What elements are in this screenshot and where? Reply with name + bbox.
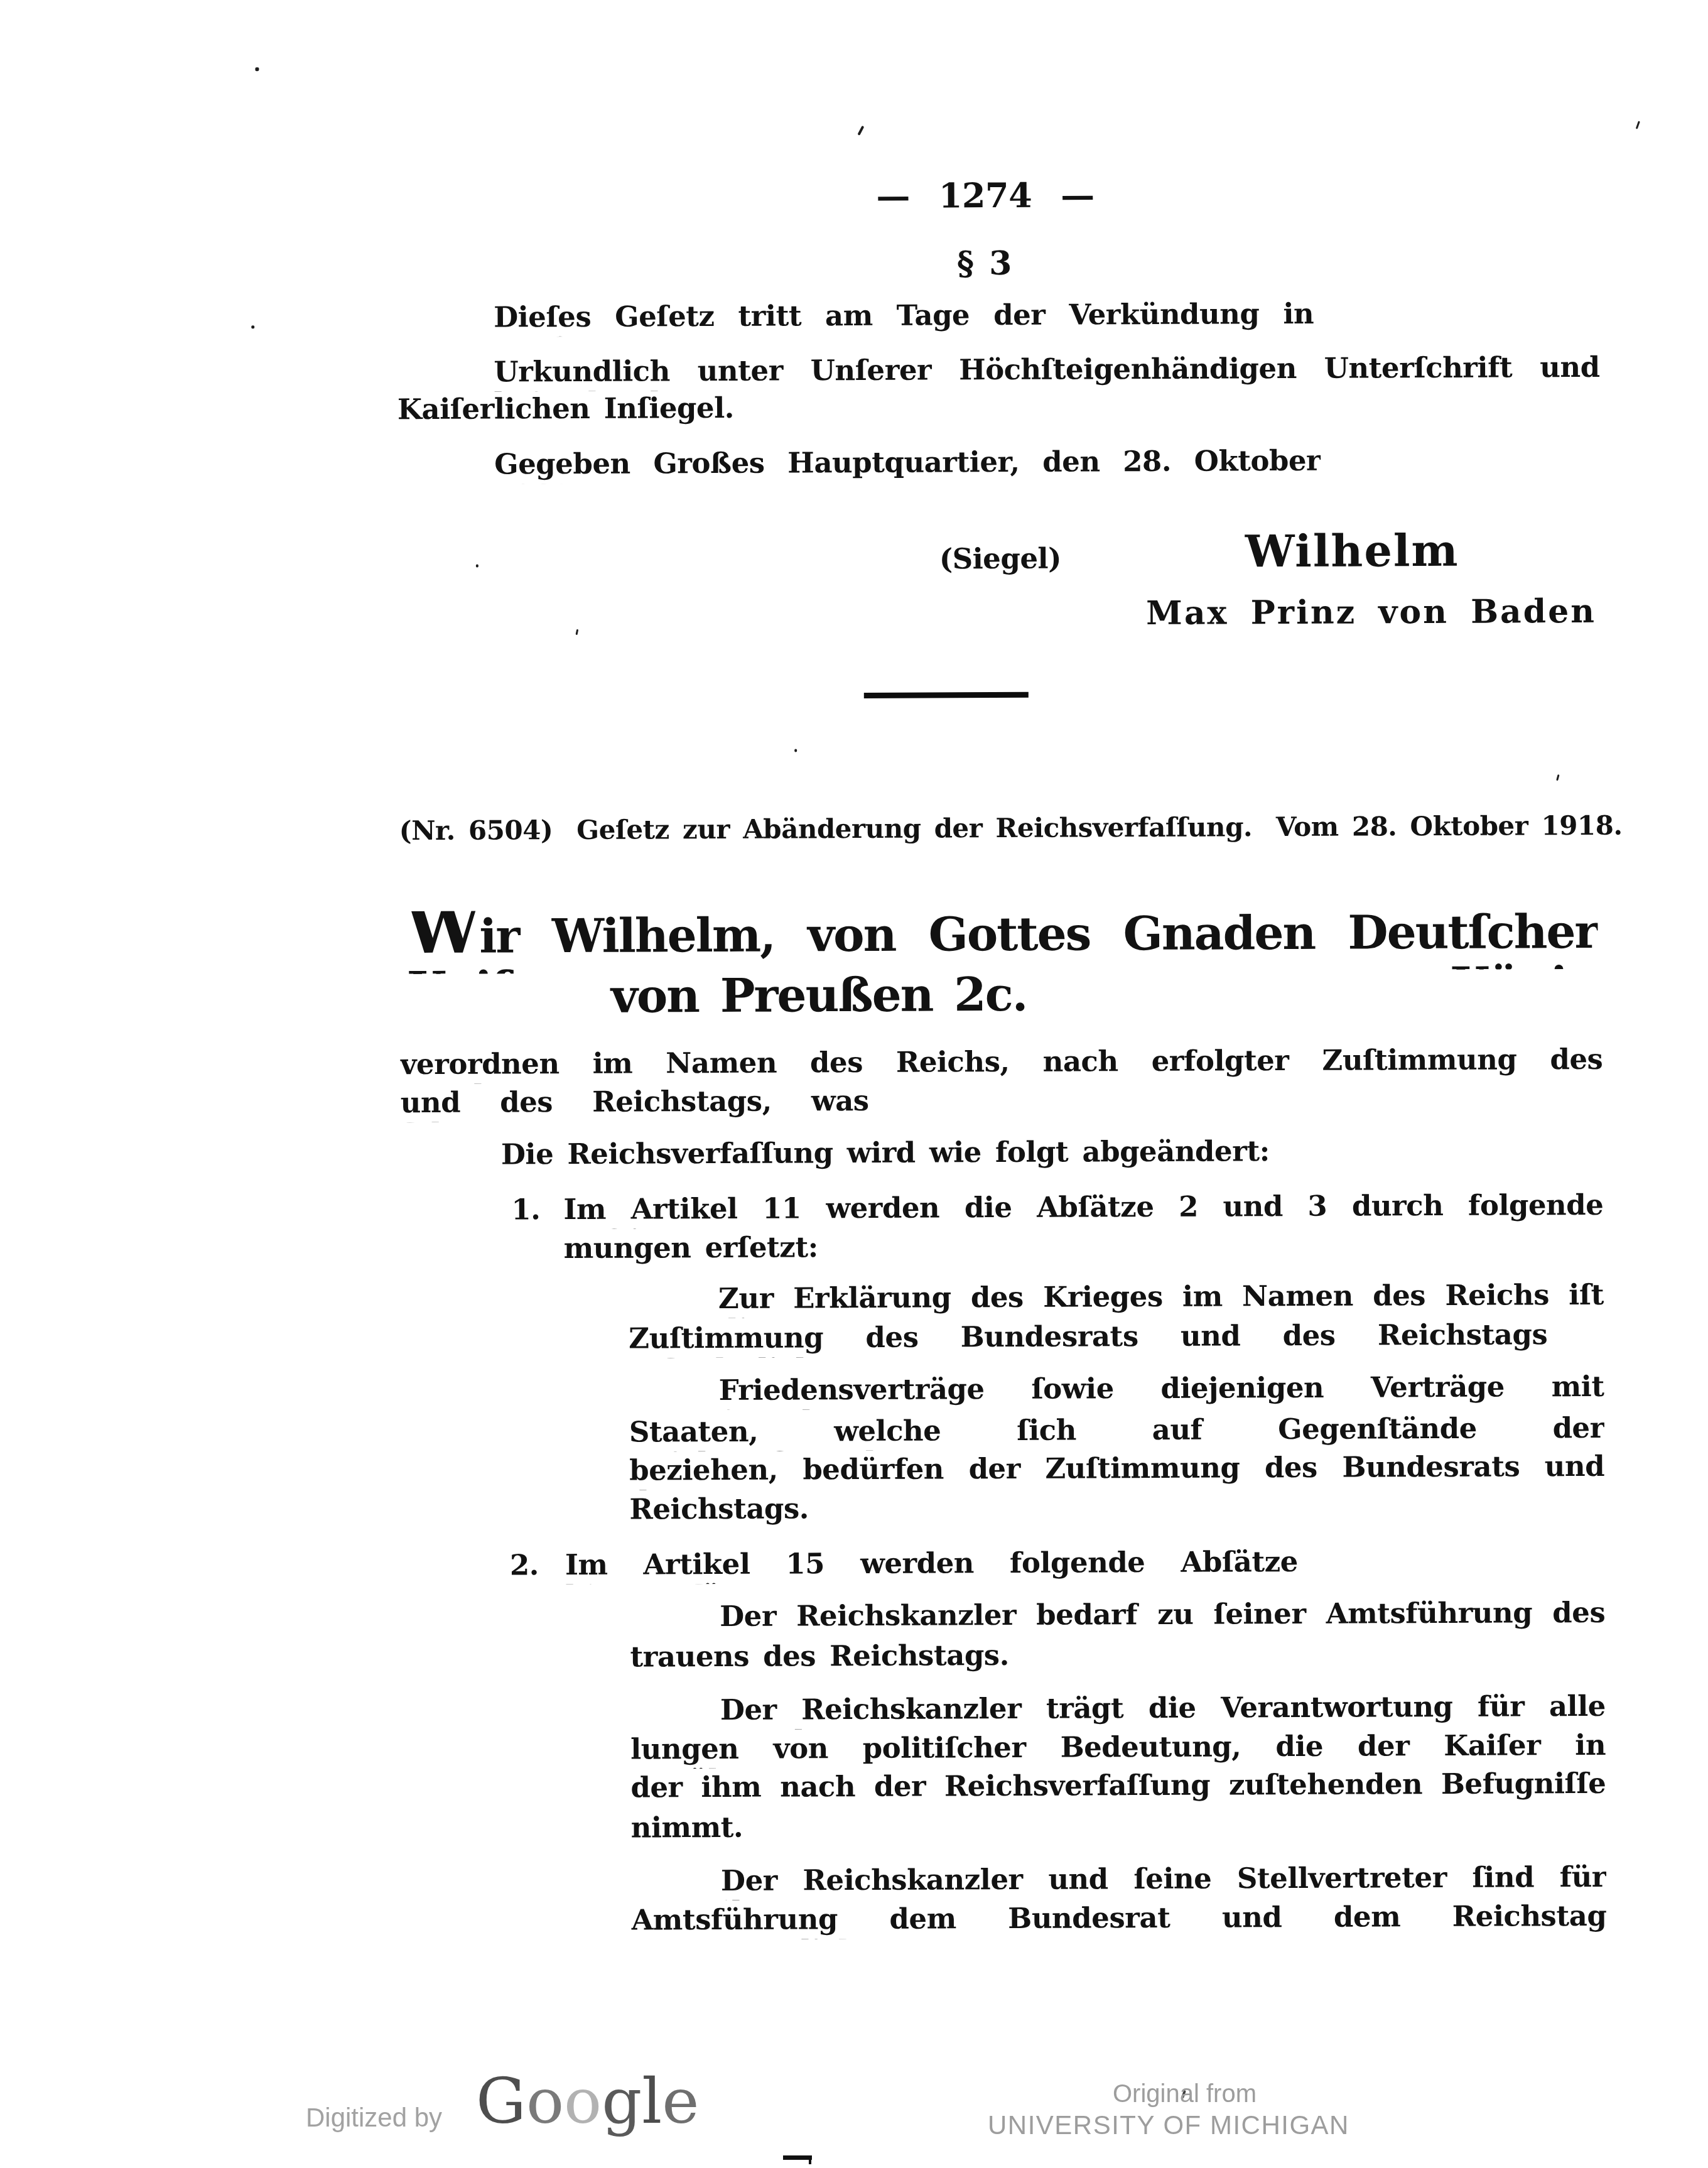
item-2-line-1: Im Artikel 15 werden folgende Abſätze hi…: [565, 1546, 1298, 1585]
digitized-by-label: Digitized by: [306, 2103, 442, 2133]
item-1-provision-2-line-4: Reichstags.: [629, 1493, 809, 1526]
scan-speckle: [1556, 774, 1559, 781]
scan-speckle: [1636, 121, 1640, 129]
google-logo-letter: g: [602, 2064, 642, 2138]
scan-speckle: [857, 126, 864, 136]
institution-label: UNIVERSITY OF MICHIGAN: [988, 2110, 1349, 2140]
item-1-provision-2-line-1: Friedensverträge ſowie diejenigen Verträ…: [719, 1371, 1604, 1410]
law-caption-number: (Nr. 6504): [399, 815, 553, 845]
item-1-provision-2-line-2: Staaten, welche ſich auf Gegenſtände der…: [629, 1412, 1604, 1452]
signature-wilhelm: Wilhelm: [1245, 526, 1459, 577]
scanned-page: — 1274 — § 3 Dieſes Geſetz tritt am Tage…: [0, 0, 1708, 2168]
page-number: — 1274 —: [876, 176, 1095, 215]
proclamation-line-2: von Preußen 2c.: [611, 969, 1027, 1023]
scan-speckle: [575, 629, 578, 635]
item-2-provision-2-line-1: Der Reichskanzler trägt die Verantwortun…: [720, 1691, 1606, 1730]
google-logo-letter: e: [662, 2064, 699, 2138]
preamble-line-1: verordnen im Namen des Reichs, nach erfo…: [400, 1044, 1603, 1085]
proclamation-initial: W: [406, 906, 479, 968]
item-2-provision-1-line-1: Der Reichskanzler bedarf zu ſeiner Amtsf…: [720, 1597, 1605, 1636]
scan-artifact-dash: [783, 2155, 812, 2160]
law-caption-title: Geſetz zur Abänderung der Reichsverfaſſu…: [576, 812, 1252, 845]
proclamation-line-1: Wir Wilhelm, von Gottes Gnaden Deutſcher…: [406, 906, 1597, 974]
item-1-provision-2-line-3: beziehen, bedürfen der Zuſtimmung des Bu…: [629, 1451, 1604, 1490]
item-2-provision-3-line-2: Amtsführung dem Bundesrat und dem Reichs…: [631, 1900, 1606, 1940]
page-number-dash-right: —: [1061, 176, 1095, 214]
item-2-provision-2-line-4: nimmt.: [631, 1812, 743, 1844]
page-number-value: 1274: [939, 176, 1032, 215]
scan-content: — 1274 — § 3 Dieſes Geſetz tritt am Tage…: [0, 0, 1708, 2168]
scan-speckle: [251, 325, 254, 328]
law-caption: (Nr. 6504) Geſetz zur Abänderung der Rei…: [399, 811, 1623, 846]
section-divider-rule: [864, 692, 1029, 698]
google-logo-letter: o: [564, 2064, 602, 2138]
proclamation-line-1-rest: ir Wilhelm, von Gottes Gnaden Deutſcher …: [407, 906, 1598, 974]
effective-date-sentence: Dieſes Geſetz tritt am Tage der Verkündu…: [494, 298, 1314, 337]
amendment-intro: Die Reichsverfaſſung wird wie folgt abge…: [501, 1135, 1270, 1171]
item-2-provision-2-line-2: lungen von politiſcher Bedeutung, die de…: [630, 1730, 1606, 1769]
original-from-label: Original from: [1113, 2080, 1257, 2108]
google-logo-letter: l: [642, 2064, 662, 2138]
item-2-marker: 2.: [510, 1549, 539, 1581]
item-1-marker: 1.: [511, 1194, 540, 1226]
item-2-provision-2-line-3: der ihm nach der Reichsverfaſſung zuſteh…: [630, 1768, 1606, 1808]
item-2-provision-1-line-2: trauens des Reichstags.: [630, 1640, 1009, 1673]
item-1-line-1: Im Artikel 11 werden die Abſätze 2 und 3…: [563, 1190, 1603, 1229]
google-logo-letter: o: [526, 2064, 564, 2138]
countersignature: Max Prinz von Baden: [1146, 593, 1596, 632]
google-logo: Google: [476, 2070, 700, 2133]
item-1-line-2: mungen erſetzt:: [564, 1232, 818, 1264]
item-2-provision-3-line-1: Der Reichskanzler und ſeine Stellvertret…: [721, 1862, 1606, 1900]
item-1-provision-1-line-2: Zuſtimmung des Bundesrats und des Reichs…: [629, 1319, 1547, 1358]
law-caption-date: Vom 28. Oktober 1918.: [1276, 811, 1623, 842]
section-3-heading: § 3: [957, 246, 1012, 283]
scan-speckle: [794, 749, 797, 752]
item-1-provision-1-line-1: Zur Erklärung des Krieges im Namen des R…: [718, 1279, 1604, 1318]
attestation-line-2: Kaiſerlichen Inſiegel.: [397, 393, 734, 426]
preamble-line-2: und des Reichstags, was folgt:: [401, 1085, 869, 1123]
scan-speckle: [476, 565, 478, 568]
seal-note: (Siegel): [939, 543, 1061, 575]
scan-artifact-hook: [809, 2155, 811, 2164]
dateline: Gegeben Großes Hauptquartier, den 28. Ok…: [494, 445, 1321, 484]
page-number-dash-left: —: [876, 177, 910, 215]
scan-speckle: [255, 67, 259, 71]
attestation-line-1: Urkundlich unter Unſerer Höchſteigenhänd…: [494, 352, 1599, 392]
google-logo-letter: G: [476, 2064, 526, 2138]
